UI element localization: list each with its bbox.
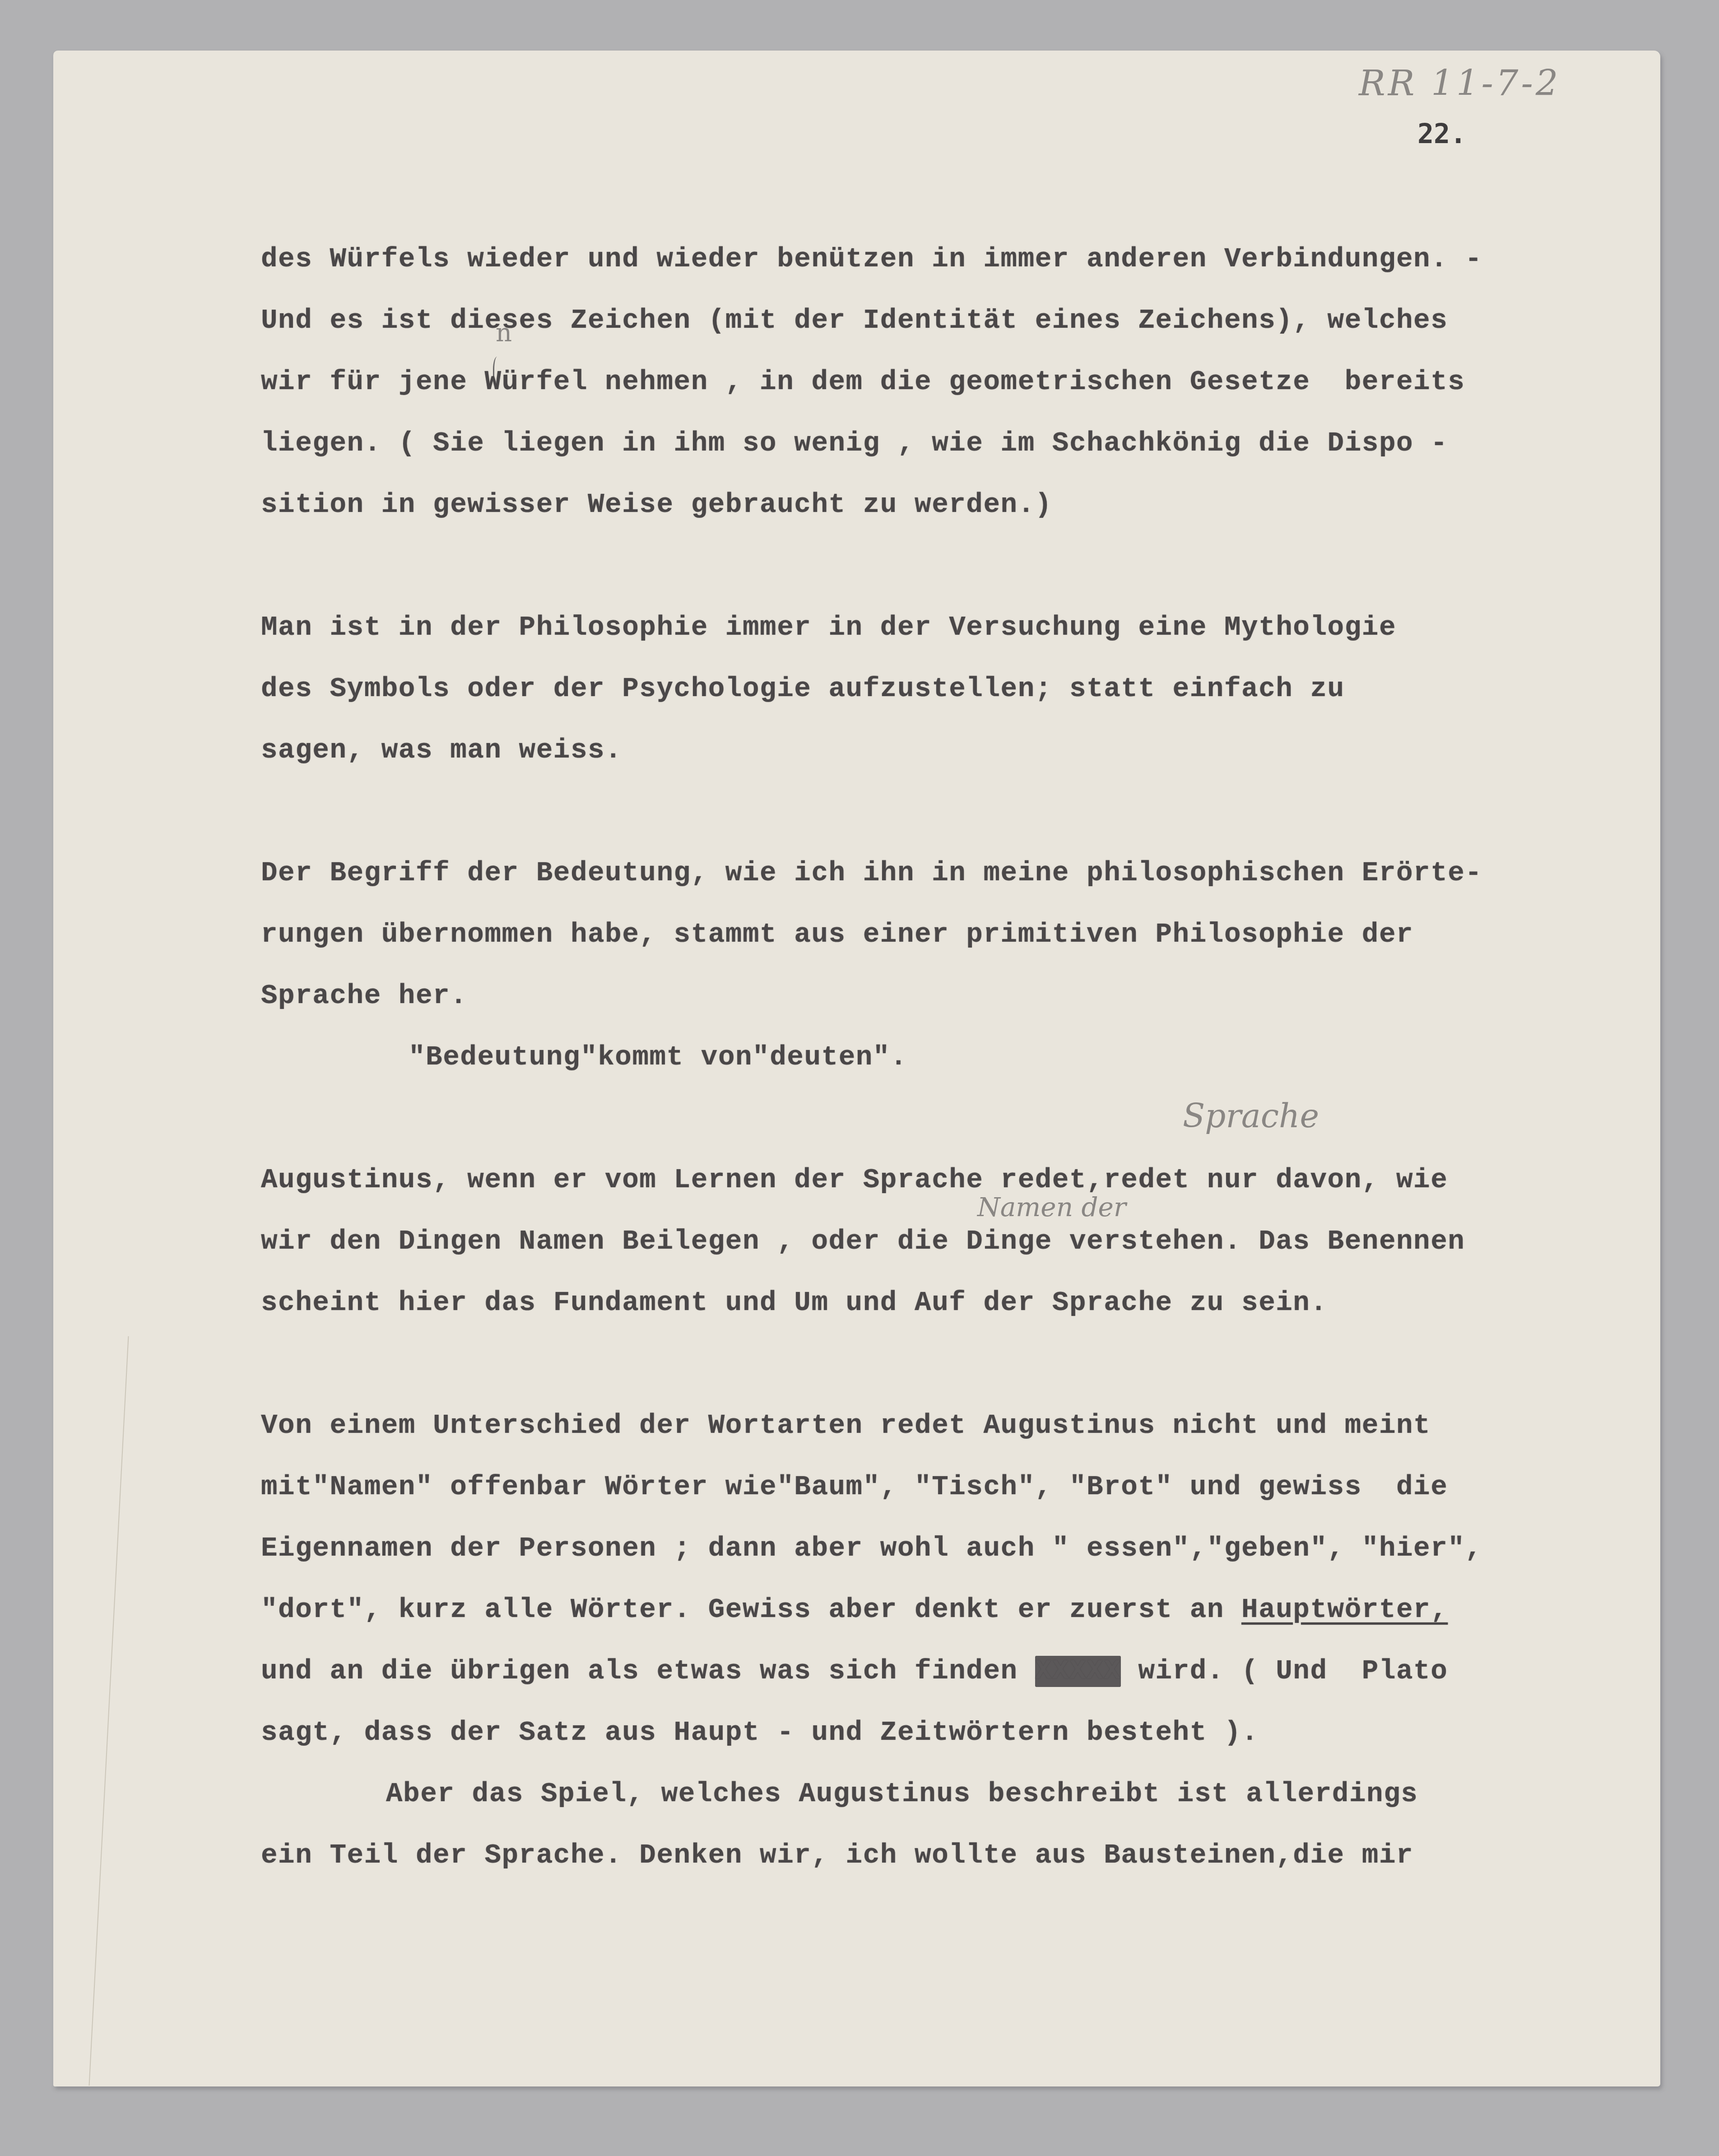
- struck-out-word: XXXXX: [1035, 1656, 1121, 1687]
- archive-id-annotation: RR 11-7-2: [1359, 63, 1561, 104]
- page-number: 22.: [1417, 118, 1466, 150]
- handwritten-annotation-namen-der: Namen der: [977, 1192, 1126, 1222]
- text-line: liegen. ( Sie liegen in ihm so wenig , w…: [261, 428, 1448, 459]
- text-line: Augustinus, wenn er vom Lernen der Sprac…: [261, 1165, 1448, 1196]
- text-line: Man ist in der Philosophie immer in der …: [261, 612, 1396, 643]
- text-line: scheint hier das Fundament und Um und Au…: [261, 1287, 1328, 1319]
- text-line: Und es ist dieses Zeichen (mit der Ident…: [261, 305, 1448, 336]
- text-line: "dort", kurz alle Wörter. Gewiss aber de…: [261, 1594, 1448, 1626]
- text-line: des Symbols oder der Psychologie aufzust…: [261, 674, 1345, 705]
- text-segment: wird. ( Und Plato: [1121, 1656, 1448, 1687]
- text-line: Der Begriff der Bedeutung, wie ich ihn i…: [261, 858, 1482, 889]
- text-line: ein Teil der Sprache. Denken wir, ich wo…: [261, 1840, 1413, 1871]
- text-line: Aber das Spiel, welches Augustinus besch…: [386, 1779, 1418, 1810]
- text-line: sagt, dass der Satz aus Haupt - und Zeit…: [261, 1717, 1259, 1748]
- text-line: sagen, was man weiss.: [261, 735, 622, 766]
- text-line: sition in gewisser Weise gebraucht zu we…: [261, 489, 1052, 520]
- text-line: Von einem Unterschied der Wortarten rede…: [261, 1410, 1431, 1441]
- text-line: mit"Namen" offenbar Wörter wie"Baum", "T…: [261, 1472, 1448, 1503]
- text-line: Eigennamen der Personen ; dann aber wohl…: [261, 1533, 1482, 1564]
- text-line: Sprache her.: [261, 980, 467, 1012]
- text-segment: "dort", kurz alle Wörter. Gewiss aber de…: [261, 1594, 1241, 1626]
- underlined-word: Hauptwörter,: [1241, 1594, 1448, 1626]
- text-line: des Würfels wieder und wieder benützen i…: [261, 244, 1482, 275]
- text-segment: und an die übrigen als etwas was sich fi…: [261, 1656, 1035, 1687]
- text-line: wir den Dingen Namen Beilegen , oder die…: [261, 1226, 1465, 1257]
- handwritten-insertion-n: n: [496, 318, 512, 348]
- text-line-quote: "Bedeutung"kommt von"deuten".: [409, 1042, 907, 1073]
- handwritten-annotation-sprache: Sprache: [1183, 1097, 1319, 1135]
- text-line: wir für jene Würfel nehmen , in dem die …: [261, 367, 1465, 398]
- text-line: und an die übrigen als etwas was sich fi…: [261, 1656, 1448, 1687]
- text-line: rungen übernommen habe, stammt aus einer…: [261, 919, 1413, 950]
